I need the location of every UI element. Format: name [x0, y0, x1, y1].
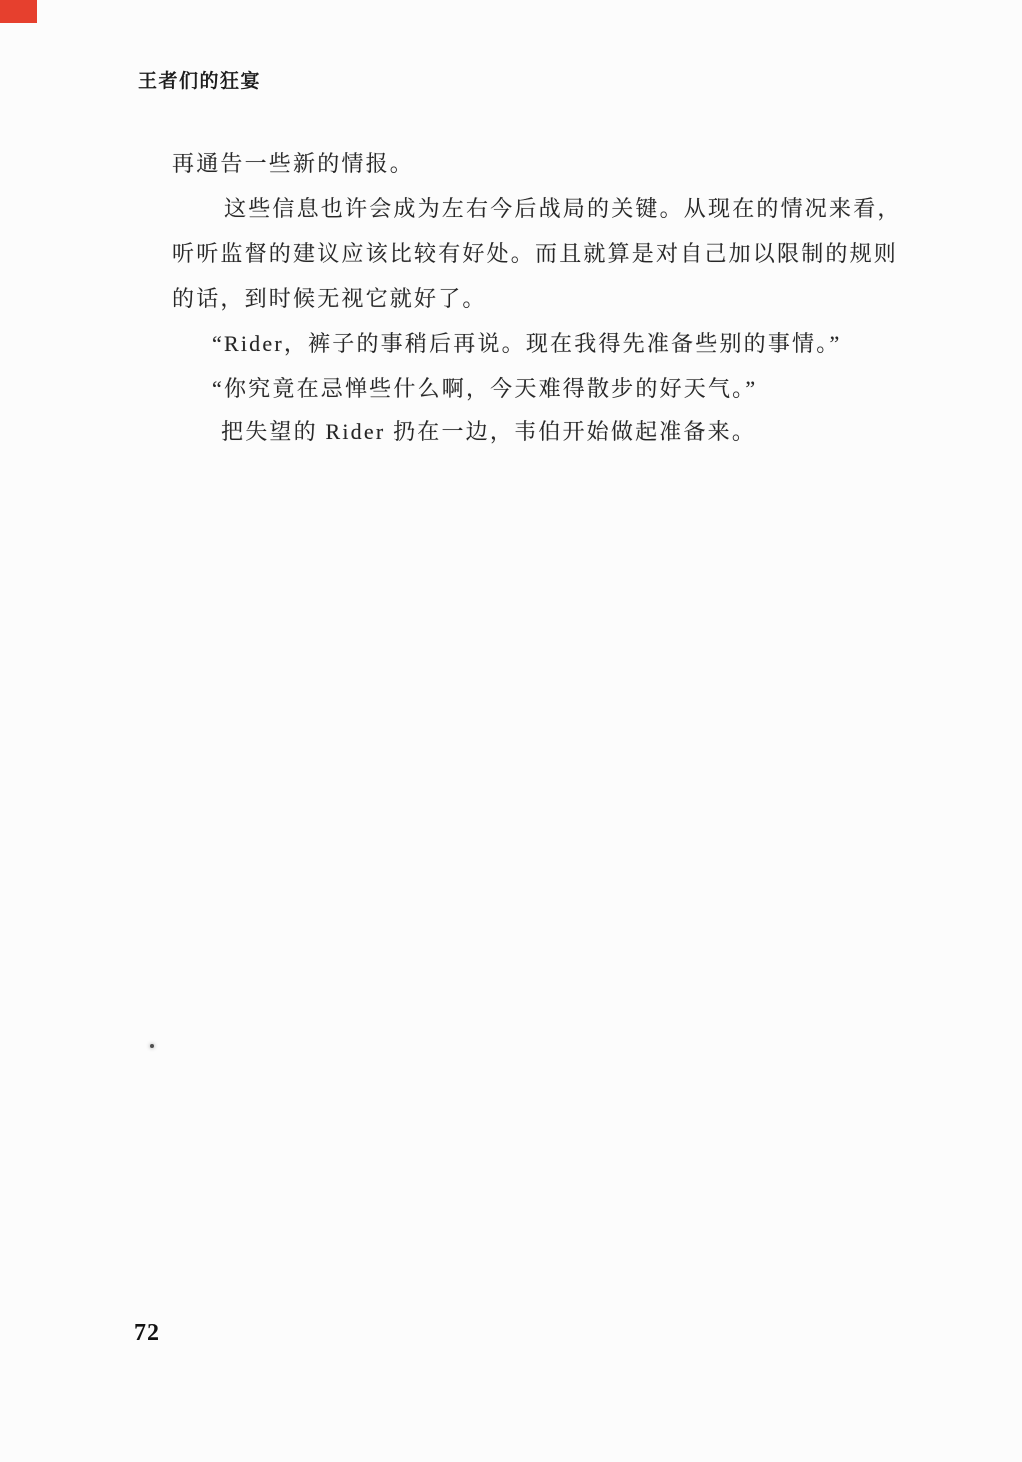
body-line-4: 的话，到时候无视它就好了。 [172, 288, 487, 310]
body-line-2: 这些信息也许会成为左右今后战局的关键。从现在的情况来看， [224, 198, 902, 220]
book-page: 王者们的狂宴 再通告一些新的情报。 这些信息也许会成为左右今后战局的关键。从现在… [0, 0, 1022, 1462]
scan-corner-red-mark [0, 0, 37, 23]
body-line-1: 再通告一些新的情报。 [172, 153, 414, 175]
print-speck [150, 1044, 154, 1048]
running-header: 王者们的狂宴 [138, 70, 261, 93]
body-line-3: 听听监督的建议应该比较有好处。而且就算是对自己加以限制的规则 [172, 243, 898, 265]
body-line-5: “Rider，裤子的事稍后再说。现在我得先准备些别的事情。” [212, 333, 841, 355]
body-line-6: “你究竟在忌惮些什么啊，今天难得散步的好天气。” [212, 378, 757, 400]
body-line-7: 把失望的 Rider 扔在一边，韦伯开始做起准备来。 [221, 421, 756, 443]
page-number: 72 [134, 1320, 160, 1346]
